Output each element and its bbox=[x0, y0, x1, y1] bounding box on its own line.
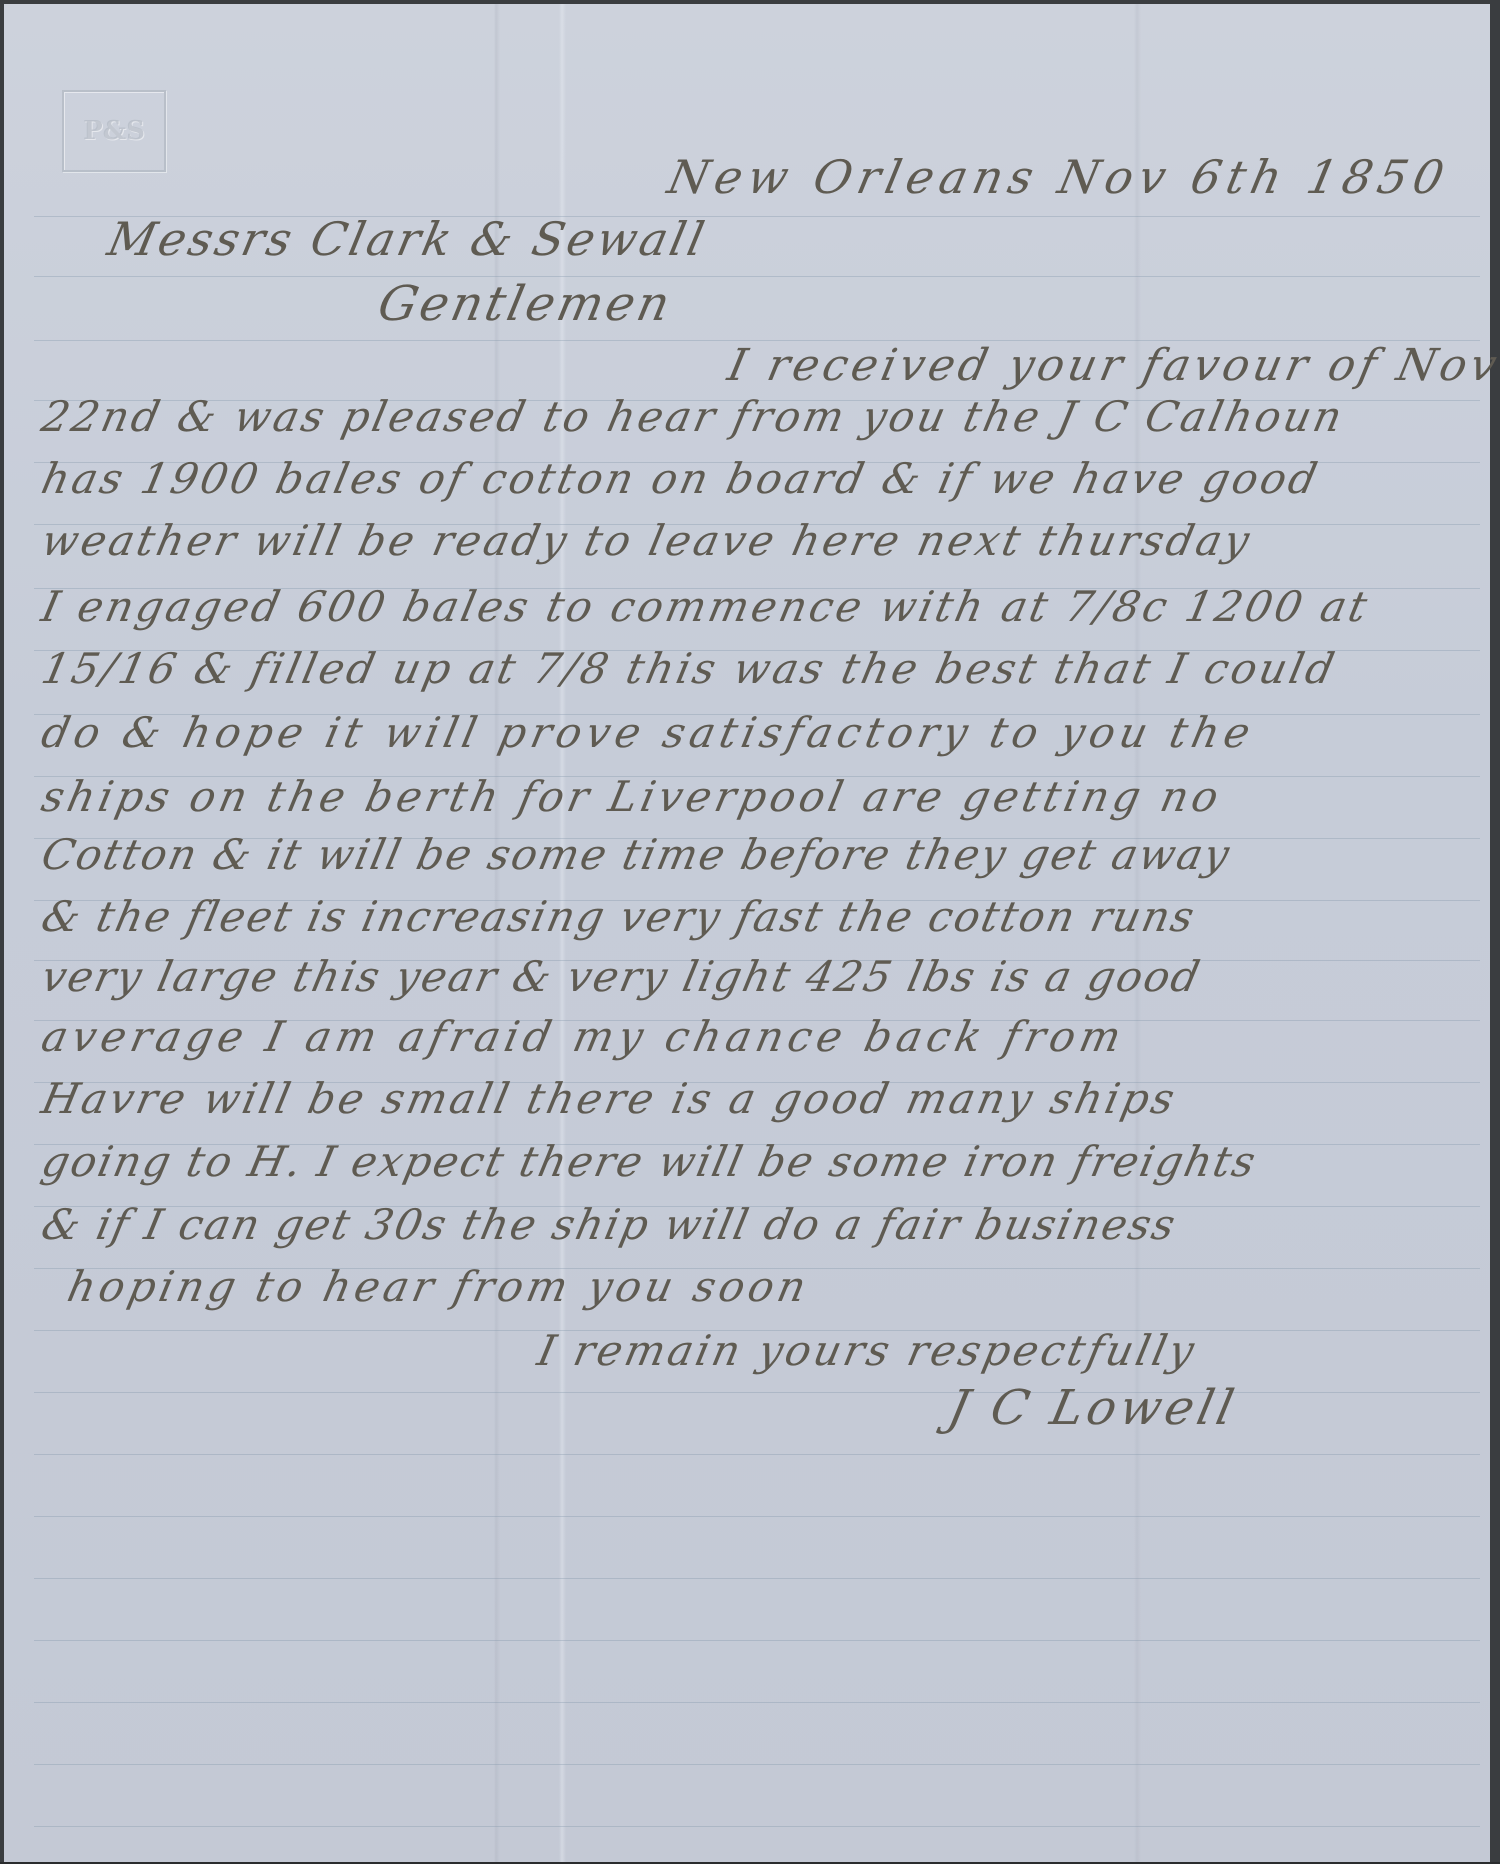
dateline: New Orleans Nov 6th 1850 bbox=[664, 154, 1454, 200]
ruled-line bbox=[34, 1454, 1480, 1455]
ruled-line bbox=[34, 1764, 1480, 1765]
closing: I remain yours respectfully bbox=[534, 1330, 1200, 1372]
salutation: Gentlemen bbox=[374, 280, 677, 328]
signature: J C Lowell bbox=[944, 1384, 1242, 1432]
body-line: I engaged 600 bales to commence with at … bbox=[38, 586, 1373, 628]
ruled-line bbox=[34, 1578, 1480, 1579]
ruled-line bbox=[34, 1826, 1480, 1827]
body-line: Cotton & it will be some time before the… bbox=[38, 834, 1235, 876]
body-line: weather will be ready to leave here next… bbox=[38, 520, 1256, 562]
body-line: very large this year & very light 425 lb… bbox=[38, 956, 1205, 998]
body-line: Havre will be small there is a good many… bbox=[38, 1078, 1181, 1120]
ruled-line bbox=[34, 1516, 1480, 1517]
body-line: do & hope it will prove satisfactory to … bbox=[38, 712, 1259, 754]
body-line: 22nd & was pleased to hear from you the … bbox=[38, 396, 1348, 438]
letter-sheet: P&S New Orleans Nov 6th 1850 Messrs Clar… bbox=[4, 4, 1490, 1862]
body-line: & the fleet is increasing very fast the … bbox=[38, 896, 1200, 938]
body-line: has 1900 bales of cotton on board & if w… bbox=[38, 458, 1324, 500]
ruled-line bbox=[34, 1640, 1480, 1641]
body-line: & if I can get 30s the ship will do a fa… bbox=[38, 1204, 1181, 1246]
ruled-line bbox=[34, 276, 1480, 277]
body-line: 15/16 & filled up at 7/8 this was the be… bbox=[38, 648, 1341, 690]
ruled-line bbox=[34, 1702, 1480, 1703]
ruled-line bbox=[34, 1392, 1480, 1393]
body-line: hoping to hear from you soon bbox=[64, 1266, 813, 1308]
body-line: ships on the berth for Liverpool are get… bbox=[38, 776, 1226, 818]
body-line: average I am afraid my chance back from bbox=[38, 1016, 1130, 1058]
body-line: going to H. I expect there will be some … bbox=[38, 1141, 1261, 1183]
embossed-stationer-mark: P&S bbox=[62, 90, 166, 172]
body-line: I received your favour of Nov bbox=[724, 344, 1500, 388]
addressee: Messrs Clark & Sewall bbox=[104, 216, 711, 262]
